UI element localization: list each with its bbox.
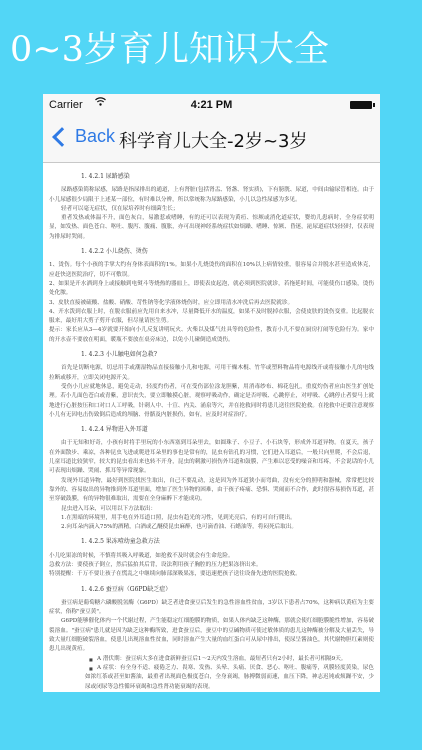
paragraph: 尿路感染简称尿感，尿路是指尿排出的通道，上有肾脏(包括肾盂、肾盏、肾实质)，下有… bbox=[49, 186, 374, 205]
battery-icon bbox=[350, 101, 372, 109]
paragraph: 1、烫伤。每个小孩的手掌大约有身体表面积的1%。如果小儿烧烫伤的面积在10%以上… bbox=[49, 261, 374, 280]
paragraph: G6PD能够催化体内一个代谢过程，产生能稳定红细胞膜的物质，如果人体内缺乏这种酶… bbox=[49, 617, 374, 654]
section-heading: 1. 4.2.5 果冻噎幼童急救方法 bbox=[49, 537, 374, 546]
paragraph: 急救方法：要使孩子倒立，然后猛拍其后背，设法利用孩子胸腔的压力把果冻挤出来。 bbox=[49, 561, 374, 570]
paragraph: 轻者可以毫无症状，仅在尿培养时有细菌生长； bbox=[49, 205, 374, 214]
paragraph: 发现外耳道异物，最好到医院找医生取出，自己不要乱动，这是因为外耳道狭小而弯曲，没… bbox=[49, 477, 374, 505]
paragraph: 特别提醒：千万不要让孩子在慌乱之中继续向肺部深吸果冻，要迅速把孩子送往设备先进的… bbox=[49, 570, 374, 579]
promo-title: 0~3岁育儿知识大全 bbox=[10, 22, 329, 72]
paragraph: 受伤小儿应就地休息，避免走动，轻度灼伤者，可在受伤部位涂龙胆紫，用消毒纱布、棉花… bbox=[49, 383, 374, 420]
bullet-item: A 潜伏期：蚕豆病大多在进食新鲜蚕豆后1～2天内发生溶血，最短者只有2小时，最长… bbox=[49, 655, 374, 664]
page-title: 科学育儿大全-2岁~3岁 bbox=[119, 127, 307, 153]
section-heading: 1. 4.2.1 尿路感染 bbox=[49, 172, 374, 181]
section-heading: 1. 4.2.4 异物进入外耳道 bbox=[49, 425, 374, 434]
back-label: Back bbox=[75, 126, 115, 147]
paragraph: 重者发热或体温不升，面色灰白，易激惹或嗜睡，有的还可以表现为黄疸、惊厥或消化道症… bbox=[49, 214, 374, 242]
paragraph: 提示：家长应从3—4岁就要开始向小儿反复讲明玩火、火柴以及煤气灶具等的危险性，教… bbox=[49, 326, 374, 345]
paragraph: 4、开水泼到衣服上时，在脱衣服前应先用自来水冲，尽量降低开水的温度，如果不及时脱… bbox=[49, 308, 374, 327]
paragraph: 3、皮肤直接被硫酸、盐酸、硝酸、苛性钠等化学液体烧伤时，应立即用清水冲洗后再去医… bbox=[49, 299, 374, 308]
paragraph: 昆虫进入耳朵，可以用以下方法取出： bbox=[49, 505, 374, 514]
section-heading: 1. 4.2.6 蚕豆病（G6PD缺乏症） bbox=[49, 585, 374, 594]
back-button[interactable]: Back bbox=[51, 126, 115, 147]
section-heading: 1. 4.2.3 小儿触电如何急救? bbox=[49, 350, 374, 359]
phone-screen: Carrier 4:21 PM Back 科学育儿大全-2岁~3岁 1. 4.2… bbox=[43, 94, 380, 692]
clock: 4:21 PM bbox=[43, 99, 380, 111]
paragraph: 蚕豆病是葡萄糖六磷酸脱氢酶（G6PD）缺乏者进食蚕豆后发生的急性溶血性贫血，3岁… bbox=[49, 599, 374, 618]
bullet-item: A 症状：有全身不适、疲倦乏力、畏寒、发热、头晕、头痛、厌食、恶心、呕吐、腹痛等… bbox=[49, 664, 374, 692]
section-heading: 1. 4.2.2 小儿烧伤、烫伤 bbox=[49, 247, 374, 256]
navigation-bar: Back 科学育儿大全-2岁~3岁 bbox=[43, 116, 380, 163]
article-content[interactable]: 1. 4.2.1 尿路感染 尿路感染简称尿感，尿路是指尿排出的通道，上有肾脏(包… bbox=[43, 163, 380, 692]
paragraph: 首先是切断电源，切忌用手或潮湿物品直接接触小儿和电源，可用干燥木棍、竹竿或塑料物… bbox=[49, 364, 374, 383]
chevron-left-icon bbox=[52, 127, 72, 147]
paragraph: 2、如果是开水洒到身上或接触到电熨斗等烧热的器皿上，即使表皮起泡，就必须到医院就… bbox=[49, 280, 374, 299]
paragraph: 由于无知和好奇，小孩有时将手里玩的小东西塞到耳朵里去，如圆珠子、小豆子、小石块等… bbox=[49, 439, 374, 476]
paragraph: 小儿吃果冻的时候，不慎将其吸入呼吸道，如抢救不及时就会有生命危险。 bbox=[49, 552, 374, 561]
status-bar: Carrier 4:21 PM bbox=[43, 94, 380, 116]
paragraph: 1.在黑暗的环境里，用手电在外耳道口照，昆虫有趋光的习性，见到光亮后，有的可自行… bbox=[49, 514, 374, 523]
paragraph: 2.向耳朵内滴入75%的酒精，白酒或乙醚使昆虫麻醉，也可滴香油、石蜡油等，将闷死… bbox=[49, 523, 374, 532]
